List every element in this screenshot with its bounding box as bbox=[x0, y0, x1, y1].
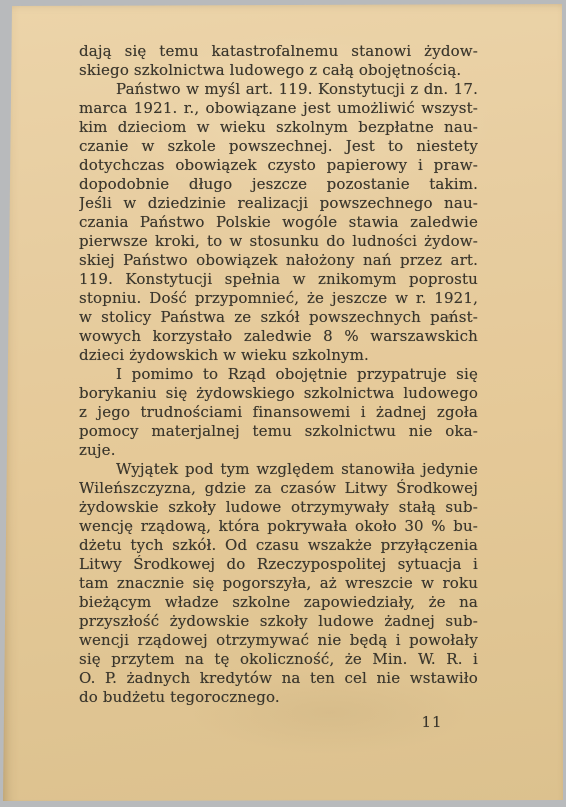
text-line: dają się temu katastrofalnemu stanowi ży… bbox=[79, 42, 478, 61]
book-page: dają się temu katastrofalnemu stanowi ży… bbox=[0, 0, 566, 807]
text-line: czania Państwo Polskie wogóle stawia zal… bbox=[79, 213, 478, 232]
text-line: pierwsze kroki, to w stosunku do ludnośc… bbox=[79, 232, 478, 251]
text-line: zuje. bbox=[79, 441, 478, 460]
text-line: Wyjątek pod tym względem stanowiła jedyn… bbox=[79, 460, 478, 479]
text-line: marca 1921. r., obowiązane jest umożliwi… bbox=[79, 99, 478, 118]
text-line: I pomimo to Rząd obojętnie przypatruje s… bbox=[79, 365, 478, 384]
text-line: Państwo w myśl art. 119. Konstytucji z d… bbox=[79, 80, 478, 99]
text-line: do budżetu tegorocznego. bbox=[79, 688, 478, 707]
page-bottom-edge-shadow bbox=[0, 800, 566, 807]
text-line: bieżącym władze szkolne zapowiedziały, ż… bbox=[79, 593, 478, 612]
text-line: stopniu. Dość przypomnieć, że jeszcze w … bbox=[79, 289, 478, 308]
page-number: 11 bbox=[408, 713, 456, 732]
paragraph: dają się temu katastrofalnemu stanowi ży… bbox=[79, 42, 478, 80]
text-line: wencję rządową, która pokrywała około 30… bbox=[79, 517, 478, 536]
text-line: tam znacznie się pogorszyła, aż wreszcie… bbox=[79, 574, 478, 593]
paragraph: Wyjątek pod tym względem stanowiła jedyn… bbox=[79, 460, 478, 707]
text-block: dają się temu katastrofalnemu stanowi ży… bbox=[79, 42, 478, 707]
scan-background: { "page": { "number": "11", "paragraphs"… bbox=[0, 0, 566, 807]
text-line: dżetu tych szkół. Od czasu wszakże przył… bbox=[79, 536, 478, 555]
text-line: przyszłość żydowskie szkoły ludowe żadne… bbox=[79, 612, 478, 631]
text-line: Jeśli w dziedzinie realizacji powszechne… bbox=[79, 194, 478, 213]
paragraph: I pomimo to Rząd obojętnie przypatruje s… bbox=[79, 365, 478, 460]
text-line: pomocy materjalnej temu szkolnictwu nie … bbox=[79, 422, 478, 441]
text-line: wencji rządowej otrzymywać nie będą i po… bbox=[79, 631, 478, 650]
text-line: kim dzieciom w wieku szkolnym bezpłatne … bbox=[79, 118, 478, 137]
text-line: 119. Konstytucji spełnia w znikomym popr… bbox=[79, 270, 478, 289]
text-line: się przytem na tę okoliczność, że Min. W… bbox=[79, 650, 478, 669]
text-line: w stolicy Państwa ze szkół powszechnych … bbox=[79, 308, 478, 327]
text-line: dopodobnie długo jeszcze pozostanie taki… bbox=[79, 175, 478, 194]
text-line: dotychczas obowiązek czysto papierowy i … bbox=[79, 156, 478, 175]
text-line: skiego szkolnictwa ludowego z całą oboję… bbox=[79, 61, 478, 80]
text-line: Litwy Środkowej do Rzeczypospolitej sytu… bbox=[79, 555, 478, 574]
text-line: żydowskie szkoły ludowe otrzymywały stał… bbox=[79, 498, 478, 517]
text-line: O. P. żadnych kredytów na ten cel nie ws… bbox=[79, 669, 478, 688]
text-line: wowych korzystało zaledwie 8 % warszawsk… bbox=[79, 327, 478, 346]
paragraph: Państwo w myśl art. 119. Konstytucji z d… bbox=[79, 80, 478, 365]
text-line: skiej Państwo obowiązek nałożony nań prz… bbox=[79, 251, 478, 270]
text-line: dzieci żydowskich w wieku szkolnym. bbox=[79, 346, 478, 365]
text-line: borykaniu się żydowskiego szkolnictwa lu… bbox=[79, 384, 478, 403]
text-line: z jego trudnościami finansowemi i żadnej… bbox=[79, 403, 478, 422]
text-line: czanie w szkole powszechnej. Jest to nie… bbox=[79, 137, 478, 156]
text-line: Wileńszczyzna, gdzie za czasów Litwy Śro… bbox=[79, 479, 478, 498]
